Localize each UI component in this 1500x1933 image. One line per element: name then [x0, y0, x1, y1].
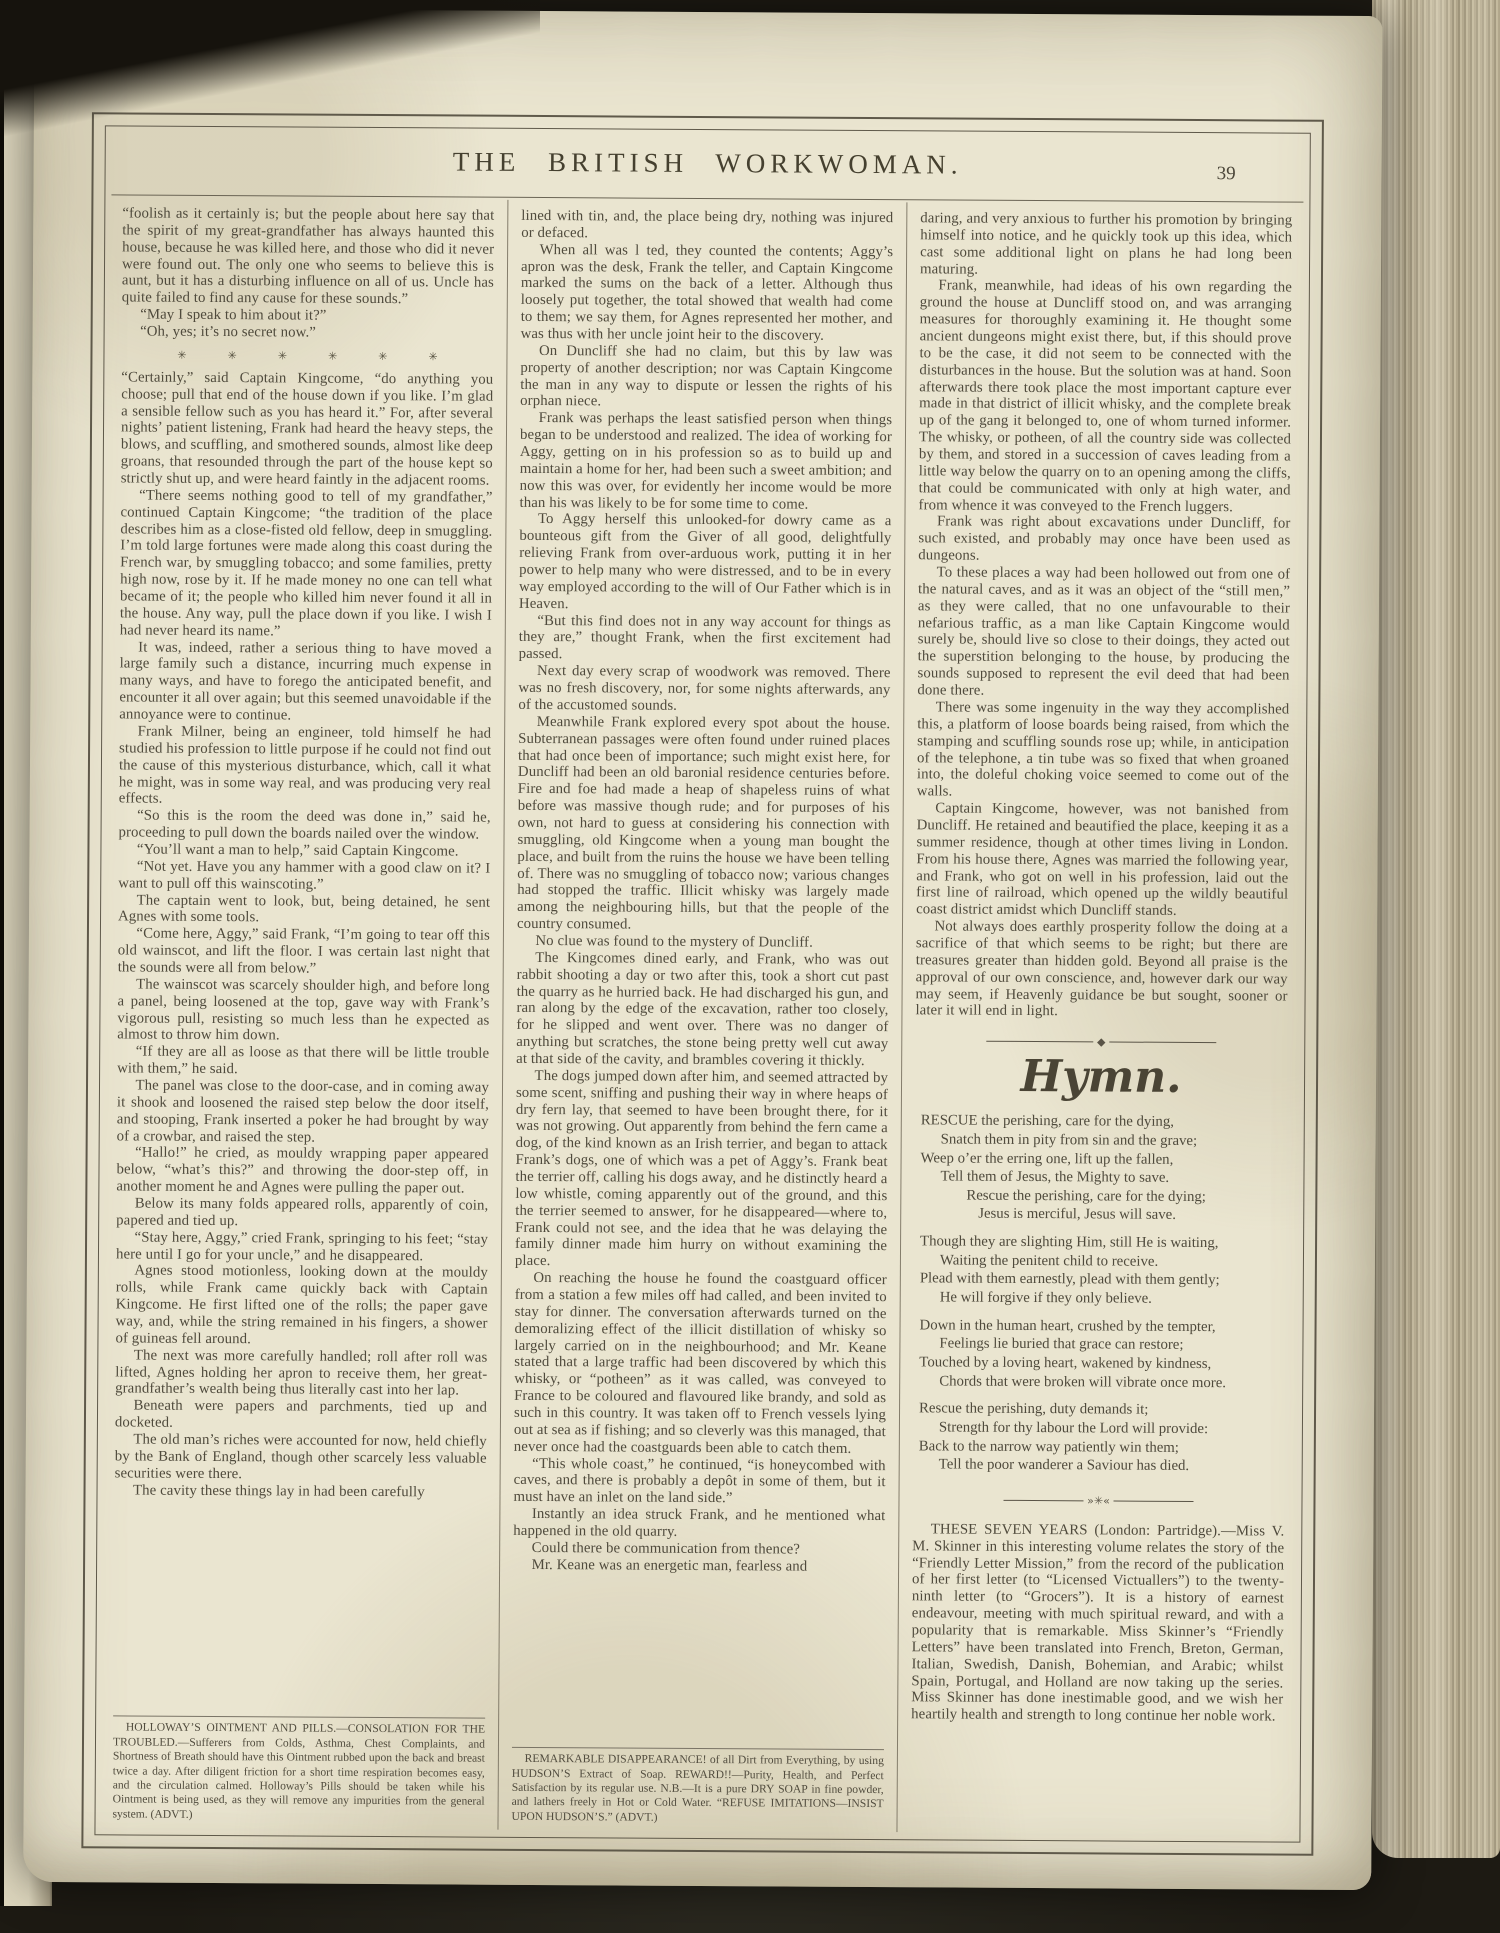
paragraph: The captain went to look, but, being det… — [118, 892, 490, 928]
hymn-line: He will forgive if they only believe. — [940, 1288, 1286, 1309]
paragraph: “But this find does not in any way accou… — [519, 612, 891, 665]
masthead: THE BRITISH WORKWOMAN. 39 — [109, 126, 1305, 197]
page-inner-border: THE BRITISH WORKWOMAN. 39 “foolish as it… — [94, 125, 1310, 1842]
paragraph: The next was more carefully handled; rol… — [115, 1347, 487, 1400]
asterisk-icon: ✳ — [227, 349, 236, 362]
hymn-line: Tell them of Jesus, the Mighty to save. — [940, 1168, 1286, 1189]
paragraph: On reaching the house he found the coast… — [514, 1270, 887, 1458]
hymn-line: Waiting the penitent child to receive. — [940, 1251, 1286, 1272]
page-outer-border: THE BRITISH WORKWOMAN. 39 “foolish as it… — [81, 112, 1324, 1855]
column-3: daring, and very anxious to further his … — [896, 202, 1305, 1834]
paragraph: Captain Kingcome, however, was not banis… — [916, 800, 1289, 920]
paragraph: “foolish as it certainly is; but the peo… — [122, 205, 495, 308]
page-title: THE BRITISH WORKWOMAN. — [110, 126, 1306, 182]
paragraph: “This whole coast,” he continued, “is ho… — [513, 1455, 885, 1508]
hymn-line: Rescue the perishing, care for the dying… — [966, 1186, 1286, 1207]
diamond-icon: ◆ — [1093, 1037, 1110, 1048]
asterisk-icon: ✳ — [177, 349, 186, 362]
column-2: lined with tin, and, the place being dry… — [497, 200, 906, 1832]
asterisk-icon: ✳ — [378, 350, 387, 363]
hymn-line: RESCUE the perishing, care for the dying… — [921, 1112, 1287, 1133]
paragraph: Agnes stood motionless, looking down at … — [115, 1263, 488, 1350]
paragraph: The wainscot was scarcely shoulder high,… — [117, 976, 489, 1046]
paragraph: lined with tin, and, the place being dry… — [521, 208, 893, 244]
paragraph: Frank was right about excavations under … — [918, 514, 1290, 567]
paragraph: “So this is the room the deed was done i… — [119, 808, 491, 844]
hymn-line: Weep o’er the erring one, lift up the fa… — [921, 1149, 1287, 1170]
paragraph: The dogs jumped down after him, and seem… — [515, 1068, 888, 1273]
column-3-story: daring, and very anxious to further his … — [911, 210, 1293, 1828]
paragraph: There was some ingenuity in the way they… — [917, 699, 1290, 802]
paragraph: Could there be communication from thence… — [513, 1540, 885, 1559]
paragraph: Mr. Keane was an energetic man, fearless… — [513, 1557, 885, 1576]
hymn-line: Jesus is merciful, Jesus will save. — [978, 1205, 1286, 1226]
paragraph: On Duncliff she had no claim, but this b… — [520, 343, 892, 413]
hymn-line: Touched by a loving heart, wakened by ki… — [919, 1353, 1285, 1374]
hymn-title: Hymn. — [915, 1051, 1287, 1104]
paragraph: It was, indeed, rather a serious thing t… — [119, 639, 492, 726]
paragraph: Below its many folds appeared rolls, app… — [116, 1195, 488, 1231]
paragraph: daring, and very anxious to further his … — [920, 210, 1292, 280]
paragraph: Beneath were papers and parchments, tied… — [115, 1398, 487, 1434]
paragraph: The panel was close to the door-case, an… — [117, 1077, 489, 1147]
paragraph: To these places a way had been hollowed … — [917, 564, 1290, 701]
paragraph: “Oh, yes; it’s no secret now.” — [122, 323, 494, 342]
printed-page: THE BRITISH WORKWOMAN. 39 “foolish as it… — [23, 8, 1382, 1890]
paragraph: Meanwhile Frank explored every spot abou… — [517, 714, 890, 935]
column-1: “foolish as it certainly is; but the peo… — [99, 197, 507, 1829]
paragraph: “There seems nothing good to tell of my … — [120, 487, 493, 641]
book-review-paragraph: THESE SEVEN YEARS (London: Partridge).—M… — [911, 1521, 1284, 1726]
hymn-line: Plead with them earnestly, plead with th… — [920, 1270, 1286, 1291]
paragraph: Not always does earthly prosperity follo… — [915, 918, 1288, 1021]
paragraph: Frank Milner, being an engineer, told hi… — [119, 723, 492, 810]
divider-arrow-ornament-icon: »✳« — [1003, 1495, 1193, 1507]
paragraph: To Aggy herself this unlooked-for dowry … — [519, 511, 892, 614]
ornament-line — [1003, 1500, 1083, 1501]
paragraph: “Not yet. Have you any hammer with a goo… — [118, 858, 490, 894]
asterisk-icon: ✳ — [278, 349, 287, 362]
hymn-line: Rescue the perishing, duty demands it; — [919, 1400, 1285, 1421]
hymn-line: Down in the human heart, crushed by the … — [920, 1316, 1286, 1337]
asterisk-icon: ✳ — [428, 350, 437, 363]
hymn-line: Feelings lie buried that grace can resto… — [939, 1335, 1285, 1356]
paragraph: “Hallo!” he cried, as mouldy wrapping pa… — [116, 1145, 488, 1198]
paragraph: “You’ll want a man to help,” said Captai… — [118, 841, 490, 860]
hymn-line: Chords that were broken will vibrate onc… — [939, 1372, 1285, 1393]
paragraph: “Come here, Aggy,” said Frank, “I’m goin… — [118, 926, 490, 979]
hymn-line: Snatch them in pity from sin and the gra… — [941, 1130, 1287, 1151]
paragraph: Frank, meanwhile, had ideas of his own r… — [919, 278, 1292, 516]
text-columns: “foolish as it certainly is; but the peo… — [99, 197, 1305, 1834]
hymn-line: Strength for thy labour the Lord will pr… — [939, 1418, 1285, 1439]
divider-diamond-ornament-icon: ◆ — [986, 1036, 1216, 1048]
ornament-line — [1114, 1500, 1194, 1501]
paragraph: Instantly an idea struck Frank, and he m… — [513, 1506, 885, 1542]
hymn-line: Back to the narrow way patiently win the… — [919, 1437, 1285, 1458]
asterisk-icon: ✳ — [328, 350, 337, 363]
hymn-line: Tell the poor wanderer a Saviour has die… — [939, 1456, 1285, 1477]
section-break-asterisks: ✳✳✳✳✳✳ — [177, 349, 437, 364]
paragraph: When all was l ted, they counted the con… — [521, 242, 894, 345]
hymn-verses: RESCUE the perishing, care for the dying… — [919, 1112, 1287, 1477]
paragraph: No clue was found to the mystery of Dunc… — [517, 933, 889, 952]
column-1-advert: HOLLOWAY’S OINTMENT AND PILLS.—CONSOLATI… — [113, 1711, 486, 1824]
page-number: 39 — [1217, 163, 1236, 185]
ornament-line — [986, 1041, 1093, 1043]
column-2-advert: REMARKABLE DISAPPEARANCE! of all Dirt fr… — [512, 1742, 884, 1826]
paragraph: The Kingcomes dined early, and Frank, wh… — [516, 950, 889, 1070]
column-1-story: “foolish as it certainly is; but the peo… — [113, 205, 494, 1713]
paragraph: Frank was perhaps the least satisfied pe… — [520, 410, 893, 513]
arrow-star-icon: »✳« — [1083, 1495, 1114, 1506]
hymn-line: Though they are slighting Him, still He … — [920, 1232, 1286, 1253]
column-2-story: lined with tin, and, the place being dry… — [512, 208, 893, 1744]
paragraph: “If they are all as loose as that there … — [117, 1044, 489, 1080]
advert-text: HOLLOWAY’S OINTMENT AND PILLS.—CONSOLATI… — [113, 1721, 486, 1824]
advert-rule — [512, 1747, 884, 1750]
paragraph: The cavity these things lay in had been … — [114, 1482, 486, 1501]
book-fore-edge-pages — [1372, 0, 1500, 1858]
paragraph: “Certainly,” said Captain Kingcome, “do … — [121, 369, 494, 489]
paragraph: “Stay here, Aggy,” cried Frank, springin… — [116, 1229, 488, 1265]
advert-text: REMARKABLE DISAPPEARANCE! of all Dirt fr… — [512, 1752, 884, 1826]
advert-rule — [113, 1716, 485, 1719]
paragraph: Next day every scrap of woodwork was rem… — [518, 663, 890, 716]
paragraph: The old man’s riches were accounted for … — [115, 1431, 487, 1484]
ornament-line — [1110, 1042, 1217, 1044]
